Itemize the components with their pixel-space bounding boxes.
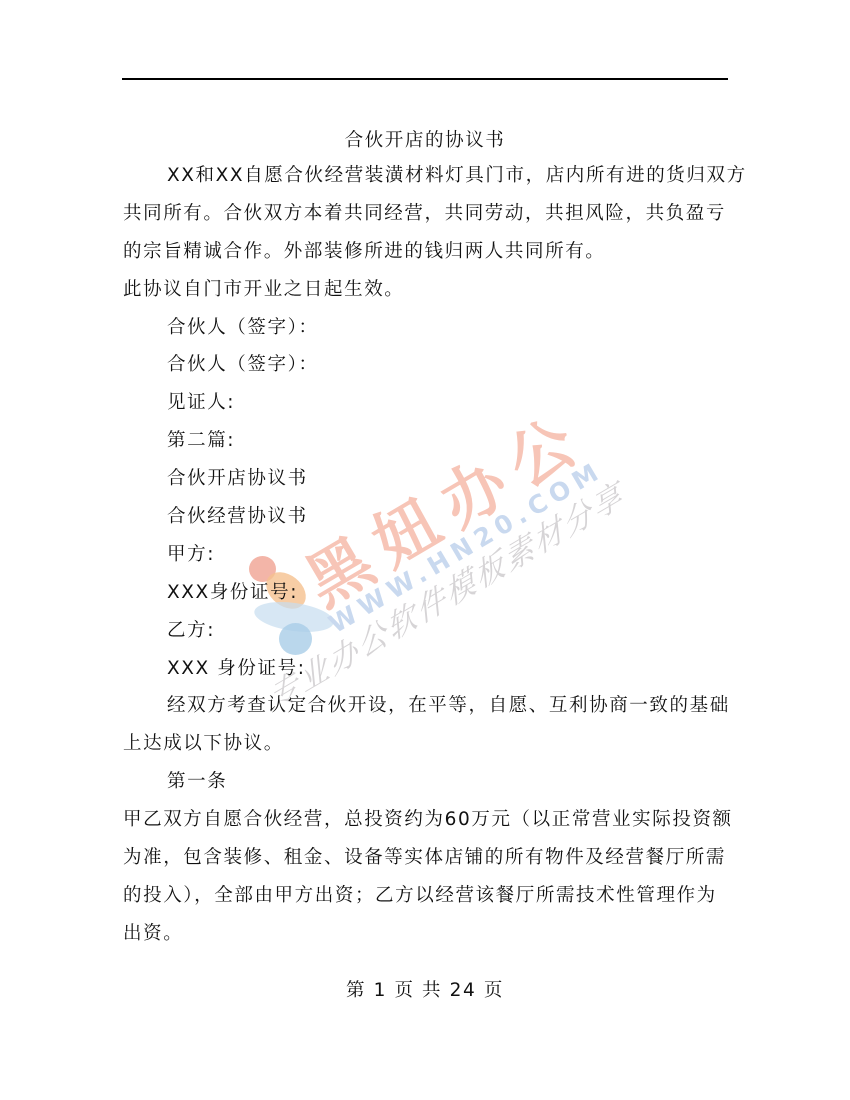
text-line: 乙方: [123,612,743,650]
text-line: 为准，包含装修、租金、设备等实体店铺的所有物件及经营餐厅所需 [123,839,743,877]
text-line: 甲方: [123,536,743,574]
header-rule [122,78,728,80]
text-line: XXX 身份证号: [123,650,743,688]
text-line: 上达成以下协议。 [123,725,743,763]
text-line: 的宗旨精诚合作。外部装修所进的钱归两人共同所有。 [123,233,743,271]
document-title: 合伙开店的协议书 [0,126,850,152]
text-line: 出资。 [123,915,743,953]
text-line: 甲乙双方自愿合伙经营，总投资约为60万元（以正常营业实际投资额 [123,801,743,839]
document-page: 黑妞办公 WWW.HN20.COM 专业办公软件模板素材分享 合伙开店的协议书 … [0,0,850,1100]
page-number-footer: 第 1 页 共 24 页 [0,976,850,1002]
text-line: 第二篇: [123,422,743,460]
text-line: 此协议自门市开业之日起生效。 [123,271,743,309]
text-line: 第一条 [123,763,743,801]
text-line: 合伙人（签字）： [123,346,743,384]
text-line: 合伙开店协议书 [123,460,743,498]
text-line: 共同所有。合伙双方本着共同经营，共同劳动，共担风险，共负盈亏 [123,195,743,233]
text-line: XX和XX自愿合伙经营装潢材料灯具门市，店内所有进的货归双方 [123,157,743,195]
text-line: XXX身份证号: [123,574,743,612]
text-line: 经双方考查认定合伙开设，在平等，自愿、互利协商一致的基础 [123,687,743,725]
text-line: 合伙人（签字）： [123,309,743,347]
text-line: 合伙经营协议书 [123,498,743,536]
text-line: 见证人: [123,384,743,422]
document-body: XX和XX自愿合伙经营装潢材料灯具门市，店内所有进的货归双方共同所有。合伙双方本… [123,157,743,953]
text-line: 的投入），全部由甲方出资；乙方以经营该餐厅所需技术性管理作为 [123,877,743,915]
